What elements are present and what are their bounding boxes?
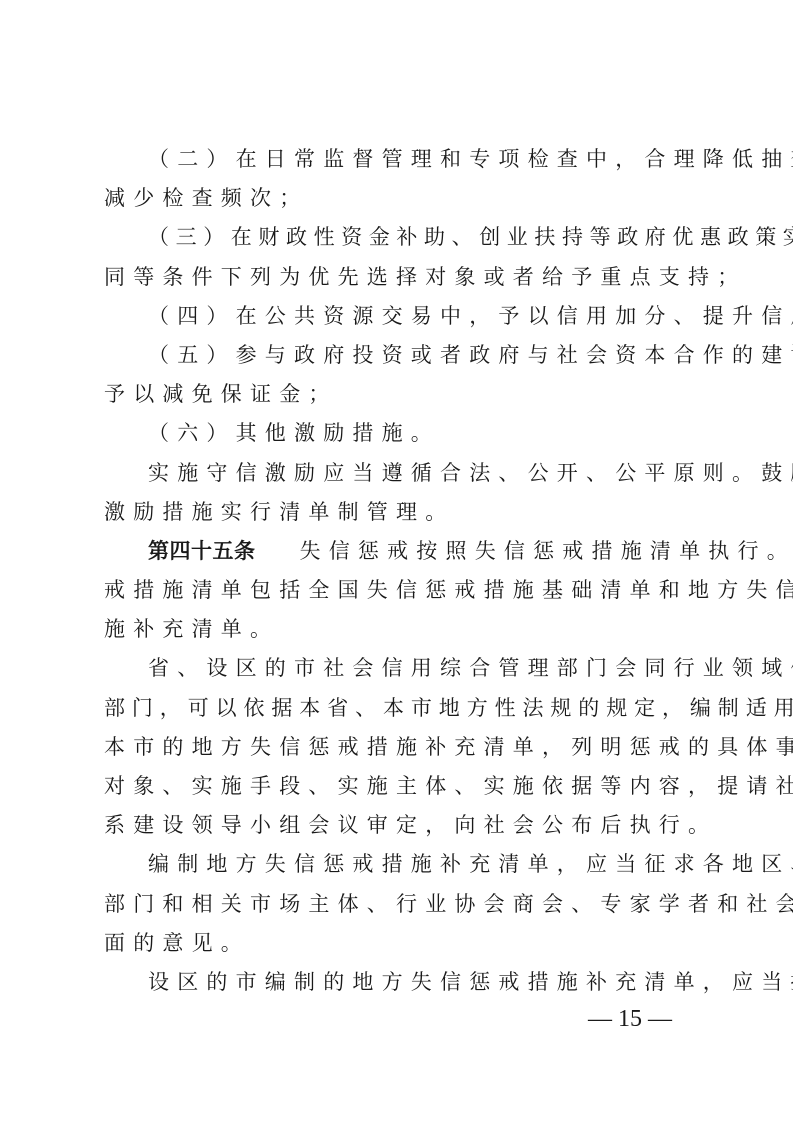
paragraph-local-list: 省、设区的市社会信用综合管理部门会同行业领域信用管理 部门，可以依据本省、本市地… [104, 649, 704, 845]
paragraph-item-2: （二）在日常监督管理和专项检查中，合理降低抽查比例、 减少检查频次； [104, 140, 704, 218]
article-text: 失信惩戒按照失信惩戒措施清单执行。失信惩 [300, 539, 793, 563]
text-line: 施补充清单。 [104, 610, 704, 649]
paragraph-item-4: （四）在公共资源交易中，予以信用加分、提升信用等次； [104, 297, 704, 336]
text-line: 系建设领导小组会议审定，向社会公布后执行。 [104, 806, 704, 845]
text-line: 第四十五条失信惩戒按照失信惩戒措施清单执行。失信惩 [104, 532, 704, 571]
text-line: 设区的市编制的地方失信惩戒措施补充清单，应当报省社会 [104, 963, 704, 1002]
text-line: 减少检查频次； [104, 179, 704, 218]
text-line: 同等条件下列为优先选择对象或者给予重点支持； [104, 258, 704, 297]
text-line: 予以减免保证金； [104, 375, 704, 414]
text-line: （六）其他激励措施。 [104, 414, 704, 453]
paragraph-incentive-principle: 实施守信激励应当遵循合法、公开、公平原则。鼓励对守信 激励措施实行清单制管理。 [104, 454, 704, 532]
text-line: （三）在财政性资金补助、创业扶持等政府优惠政策实施中， [104, 218, 704, 257]
text-line: 戒措施清单包括全国失信惩戒措施基础清单和地方失信惩戒措 [104, 571, 704, 610]
text-line: 部门和相关市场主体、行业协会商会、专家学者和社会公众等方 [104, 885, 704, 924]
text-line: 对象、实施手段、实施主体、实施依据等内容，提请社会信用体 [104, 767, 704, 806]
paragraph-item-6: （六）其他激励措施。 [104, 414, 704, 453]
text-line: 本市的地方失信惩戒措施补充清单，列明惩戒的具体事项、实施 [104, 728, 704, 767]
text-line: 省、设区的市社会信用综合管理部门会同行业领域信用管理 [104, 649, 704, 688]
paragraph-consultation: 编制地方失信惩戒措施补充清单，应当征求各地区、各有关 部门和相关市场主体、行业协… [104, 845, 704, 963]
text-line: 面的意见。 [104, 924, 704, 963]
paragraph-item-5: （五）参与政府投资或者政府与社会资本合作的建设项目， 予以减免保证金； [104, 336, 704, 414]
page-number: — 15 — [588, 1006, 672, 1033]
article-label: 第四十五条 [148, 539, 256, 563]
text-line: （四）在公共资源交易中，予以信用加分、提升信用等次； [104, 297, 704, 336]
paragraph-city-report: 设区的市编制的地方失信惩戒措施补充清单，应当报省社会 [104, 963, 704, 1002]
paragraph-article-45: 第四十五条失信惩戒按照失信惩戒措施清单执行。失信惩 戒措施清单包括全国失信惩戒措… [104, 532, 704, 650]
text-line: 部门，可以依据本省、本市地方性法规的规定，编制适用于本省、 [104, 689, 704, 728]
document-body: （二）在日常监督管理和专项检查中，合理降低抽查比例、 减少检查频次； （三）在财… [104, 140, 704, 1002]
text-line: （五）参与政府投资或者政府与社会资本合作的建设项目， [104, 336, 704, 375]
text-line: 编制地方失信惩戒措施补充清单，应当征求各地区、各有关 [104, 845, 704, 884]
paragraph-item-3: （三）在财政性资金补助、创业扶持等政府优惠政策实施中， 同等条件下列为优先选择对… [104, 218, 704, 296]
text-line: 实施守信激励应当遵循合法、公开、公平原则。鼓励对守信 [104, 454, 704, 493]
document-page: （二）在日常监督管理和专项检查中，合理降低抽查比例、 减少检查频次； （三）在财… [0, 0, 793, 1122]
text-line: （二）在日常监督管理和专项检查中，合理降低抽查比例、 [104, 140, 704, 179]
text-line: 激励措施实行清单制管理。 [104, 493, 704, 532]
